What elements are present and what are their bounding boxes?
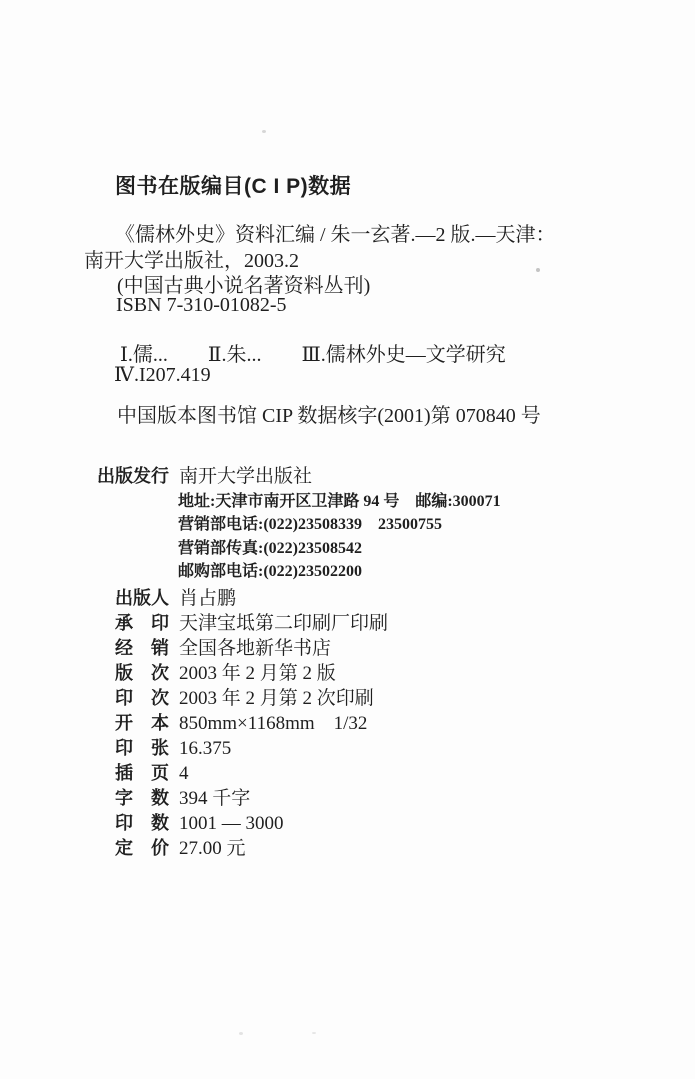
colophon-row-wordcount: 字 数 394 千字: [97, 786, 637, 811]
scan-speck: [262, 130, 266, 133]
colophon-row-publisher: 出版发行 南开大学出版社: [97, 464, 637, 489]
scan-speck: [312, 1032, 316, 1034]
colophon-row-label: 字 数: [97, 786, 169, 811]
colophon-row-value: 天津宝坻第二印刷厂印刷: [179, 611, 388, 636]
colophon-row-value: 全国各地新华书店: [179, 636, 331, 661]
colophon-row-label: 印 次: [97, 686, 169, 711]
colophon-row-label: 开 本: [97, 711, 169, 736]
colophon-row-publisher-person: 出版人 肖占鹏: [97, 586, 637, 611]
colophon-row-label: 定 价: [97, 836, 169, 861]
colophon-row-value: 肖占鹏: [179, 586, 236, 611]
colophon-block: 出版发行 南开大学出版社 地址:天津市南开区卫津路 94 号 邮编:300071…: [97, 464, 637, 861]
publisher-fax-line: 营销部传真:(022)23508542: [178, 537, 637, 560]
scan-speck: [536, 268, 540, 272]
publisher-details: 地址:天津市南开区卫津路 94 号 邮编:300071 营销部电话:(022)2…: [178, 490, 637, 584]
cip-record-line: 中国版本图书馆 CIP 数据核字(2001)第 070840 号: [117, 399, 541, 428]
colophon-row-format: 开 本 850mm×1168mm 1/32: [97, 711, 637, 736]
colophon-row-label: 经 销: [97, 636, 169, 661]
book-copyright-page: 图书在版编目(C I P)数据 《儒林外史》资料汇编 / 朱一玄著.—2 版.—…: [0, 0, 695, 1079]
colophon-row-label: 印 张: [97, 736, 169, 761]
colophon-row-label: 插 页: [97, 761, 169, 786]
scan-speck: [239, 1032, 243, 1035]
colophon-row-value: 1001 — 3000: [179, 811, 284, 836]
colophon-row-sheets: 印 张 16.375: [97, 736, 637, 761]
colophon-row-value: 27.00 元: [179, 836, 246, 861]
colophon-row-distributor: 经 销 全国各地新华书店: [97, 636, 637, 661]
colophon-row-value: 4: [179, 761, 189, 786]
colophon-row-value: 2003 年 2 月第 2 次印刷: [179, 686, 374, 711]
classification-line-2: Ⅳ.I207.419: [114, 362, 211, 387]
colophon-row-label: 出版发行: [97, 464, 169, 489]
cip-header: 图书在版编目(C I P)数据: [115, 170, 351, 200]
colophon-row-label: 承 印: [97, 611, 169, 636]
isbn-line: ISBN 7-310-01082-5: [116, 294, 287, 317]
colophon-row-value: 2003 年 2 月第 2 版: [179, 661, 336, 686]
colophon-row-label: 版 次: [97, 661, 169, 686]
publisher-address-line: 地址:天津市南开区卫津路 94 号 邮编:300071: [178, 490, 637, 513]
colophon-row-edition: 版 次 2003 年 2 月第 2 版: [97, 661, 637, 686]
colophon-row-label: 出版人: [97, 586, 169, 611]
publisher-sales-phone-line: 营销部电话:(022)23508339 23500755: [178, 513, 637, 536]
colophon-row-value: 394 千字: [179, 786, 250, 811]
colophon-row-value: 850mm×1168mm 1/32: [179, 711, 367, 736]
colophon-row-price: 定 价 27.00 元: [97, 836, 637, 861]
colophon-row-inserts: 插 页 4: [97, 761, 637, 786]
colophon-row-printing: 印 次 2003 年 2 月第 2 次印刷: [97, 686, 637, 711]
publisher-mailorder-phone-line: 邮购部电话:(022)23502200: [178, 560, 637, 583]
colophon-row-printer: 承 印 天津宝坻第二印刷厂印刷: [97, 611, 637, 636]
citation-line-1: 《儒林外史》资料汇编 / 朱一玄著.—2 版.—天津：: [115, 218, 556, 247]
colophon-row-label: 印 数: [97, 811, 169, 836]
colophon-row-value: 南开大学出版社: [179, 464, 312, 489]
colophon-row-printrun: 印 数 1001 — 3000: [97, 811, 637, 836]
colophon-row-value: 16.375: [179, 736, 231, 761]
